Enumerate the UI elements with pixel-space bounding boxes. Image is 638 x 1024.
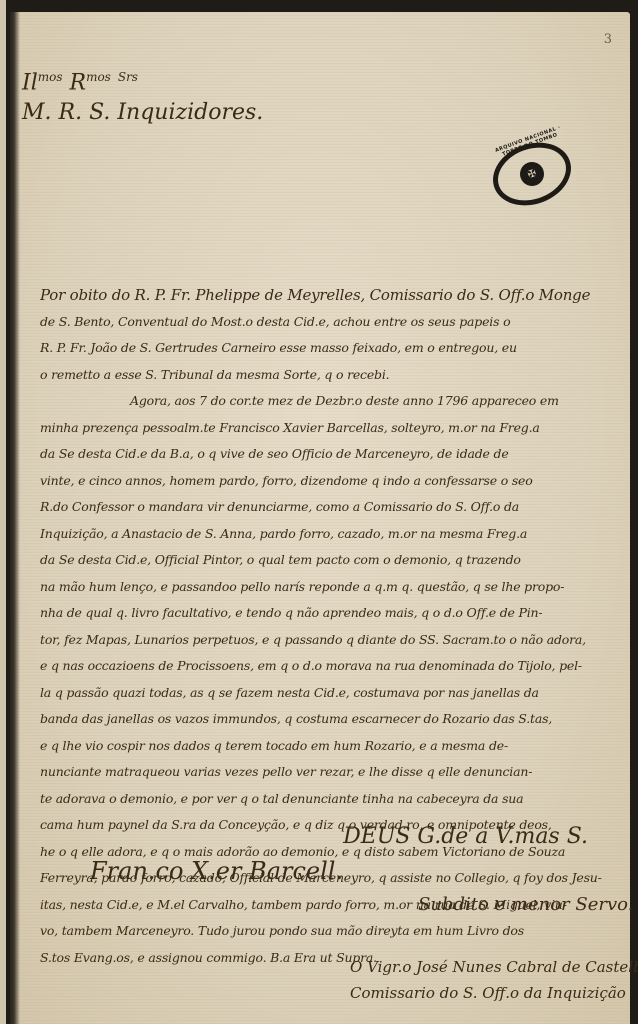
stamp-emblem-icon: ✠ [517, 159, 548, 190]
body-line: na mão hum lenço, e passandoo pello narí… [40, 574, 630, 601]
body-line: R.do Confessor o mandara vir denunciarme… [40, 494, 630, 521]
body-line: la q passão quazi todas, as q se fazem n… [40, 680, 630, 707]
manuscript-page: 3 Ilmos Rmos Srs M. R. S. Inquizidores. … [10, 12, 630, 1024]
closing-formula: DEUS G.de a V.mas S. [343, 824, 588, 849]
commissioner-title: Comissario do S. Off.o da Inquizição [350, 980, 638, 1006]
body-line: da Se desta Cid.e da B.a, o q vive de se… [40, 441, 630, 468]
body-line: e q lhe vio cospir nos dados q terem toc… [40, 733, 630, 760]
body-line: vo, tambem Marceneyro. Tudo jurou pondo … [40, 918, 630, 945]
denunciant-signature: Fran.co X.er Barcell. [90, 857, 343, 885]
body-line: banda das janellas os vazos immundos, q … [40, 706, 630, 733]
archive-stamp: ✠ [484, 132, 580, 216]
body-line: Inquizição, a Anastacio de S. Anna, pard… [40, 521, 630, 548]
salutation-line-1: Ilmos Rmos Srs [22, 62, 263, 98]
body-line: de S. Bento, Conventual do Most.o desta … [40, 309, 630, 336]
body-line: o remetto a esse S. Tribunal da mesma So… [40, 362, 630, 389]
body-line: Agora, aos 7 do cor.te mez de Dezbr.o de… [40, 388, 630, 415]
scan-background: 3 Ilmos Rmos Srs M. R. S. Inquizidores. … [0, 0, 638, 1024]
body-line: nha de qual q. livro facultativo, e tend… [40, 600, 630, 627]
body-line: R. P. Fr. João de S. Gertrudes Carneiro … [40, 335, 630, 362]
salutation-line-2: M. R. S. Inquizidores. [22, 98, 263, 128]
salutation: Ilmos Rmos Srs M. R. S. Inquizidores. [22, 62, 263, 128]
body-line: Por obito do R. P. Fr. Phelippe de Meyre… [40, 282, 630, 309]
commissioner-signature: O Vigr.o José Nunes Cabral de Castelbr.c… [350, 954, 638, 1006]
body-line: da Se desta Cid.e, Official Pintor, o qu… [40, 547, 630, 574]
body-line: nunciante matraqueou varias vezes pello … [40, 759, 630, 786]
body-line: vinte, e cinco annos, homem pardo, forro… [40, 468, 630, 495]
body-line: e q nas occazioens de Procissoens, em q … [40, 653, 630, 680]
left-page-edge [0, 0, 6, 1024]
body-line: te adorava o demonio, e por ver q o tal … [40, 786, 630, 813]
body-line: minha prezença pessoalm.te Francisco Xav… [40, 415, 630, 442]
closing-servo: Subdito e menor Servo. [418, 894, 633, 915]
body-line: tor, fez Mapas, Lunarios perpetuos, e q … [40, 627, 630, 654]
commissioner-name: O Vigr.o José Nunes Cabral de Castelbr.c… [350, 954, 638, 980]
folio-number: 3 [604, 32, 612, 47]
spine-shadow [10, 12, 20, 1024]
